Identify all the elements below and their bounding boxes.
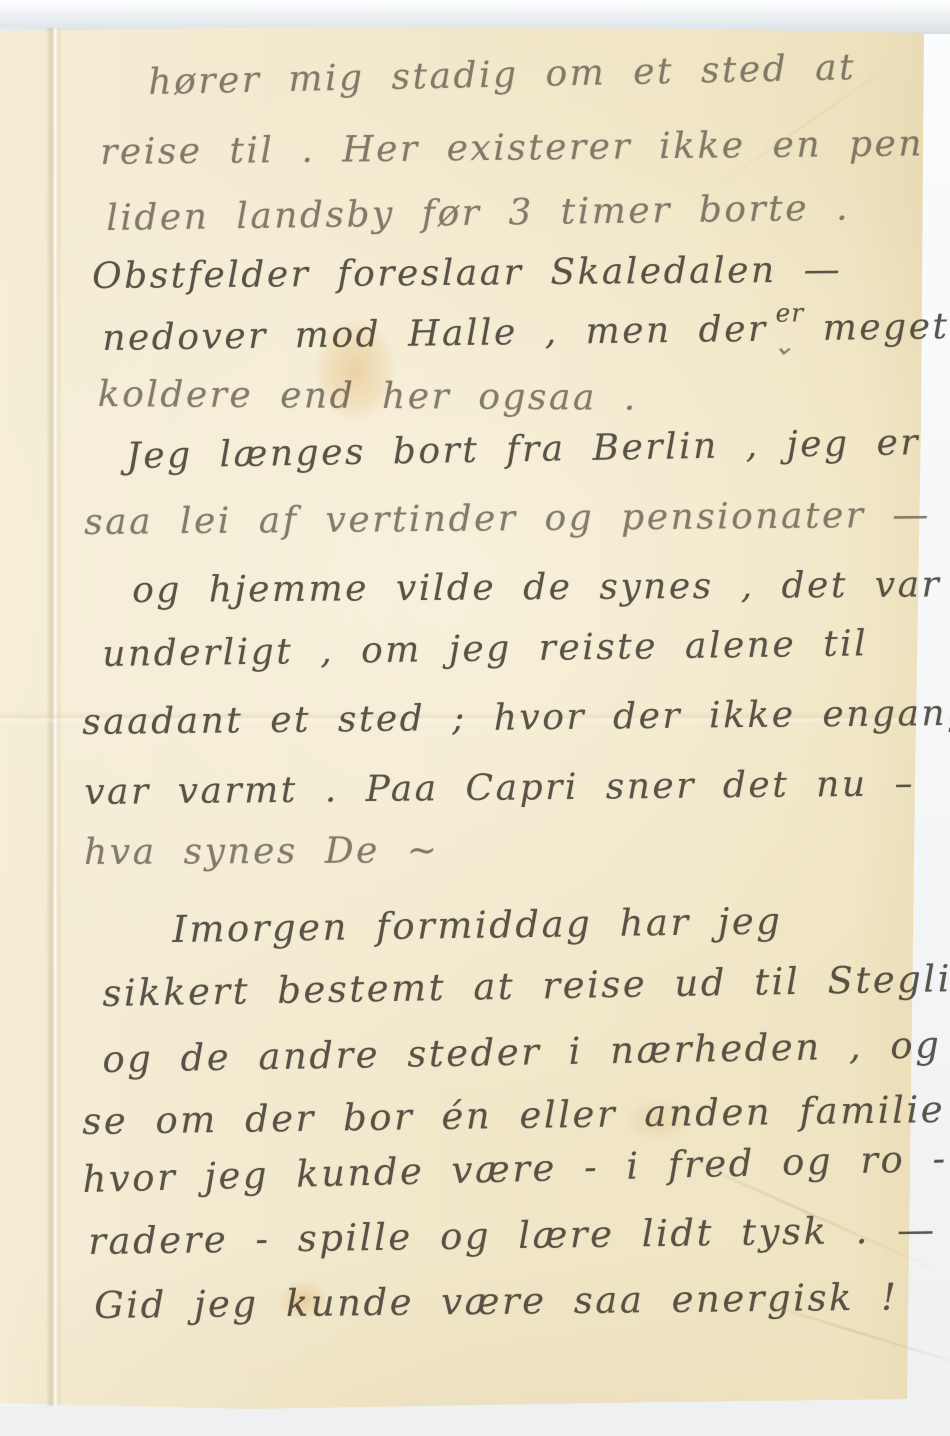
- handwritten-line: Jeg længes bort fra Berlin , jeg er: [126, 422, 920, 477]
- handwritten-line: koldere end her ogsaa .: [98, 374, 638, 419]
- handwritten-line: se om der bor én eller anden familie: [82, 1088, 945, 1143]
- handwritten-line: Imorgen formiddag har jeg: [172, 899, 783, 951]
- line-text: nedover mod Halle , men der: [102, 309, 768, 359]
- letter-body: hører mig stadig om et sted at reise til…: [0, 0, 950, 1436]
- handwritten-line: radere - spille og lære lidt tysk . —: [88, 1208, 937, 1263]
- handwritten-line: var varmt . Paa Capri sner det nu –: [84, 763, 915, 813]
- inserted-word-above-line: er: [775, 298, 804, 327]
- handwritten-line: hører mig stadig om et sted at: [148, 47, 856, 103]
- letter-scan: hører mig stadig om et sted at reise til…: [0, 0, 950, 1436]
- handwritten-line: hva synes De ∼: [84, 830, 440, 873]
- handwritten-line: underligt , om jeg reiste alene til: [102, 623, 868, 675]
- handwritten-line-with-insertion: nedover mod Halle , men derer⌄meget: [102, 306, 950, 359]
- insertion-caret: ⌄: [772, 331, 797, 361]
- line-text-tail: meget: [822, 306, 949, 349]
- handwritten-line: reise til . Her existerer ikke en pen: [100, 123, 924, 173]
- handwritten-line: Gid jeg kunde være saa energisk !: [94, 1276, 899, 1327]
- handwritten-line: og de andre steder i nærheden , og: [102, 1023, 942, 1081]
- handwritten-line: og hjemme vilde de synes , det var: [132, 564, 941, 611]
- handwritten-line: saa lei af vertinder og pensionater —: [84, 495, 931, 543]
- handwritten-line: liden landsby før 3 timer borte .: [106, 188, 850, 239]
- handwritten-line: saadant et sted ; hvor der ikke engang: [82, 693, 950, 743]
- handwritten-line: sikkert bestemt at reise ud til Stegliz: [102, 957, 950, 1015]
- handwritten-line: Obstfelder foreslaar Skaledalen —: [92, 249, 842, 297]
- handwritten-line: hvor jeg kunde være - i fred og ro -: [82, 1137, 948, 1201]
